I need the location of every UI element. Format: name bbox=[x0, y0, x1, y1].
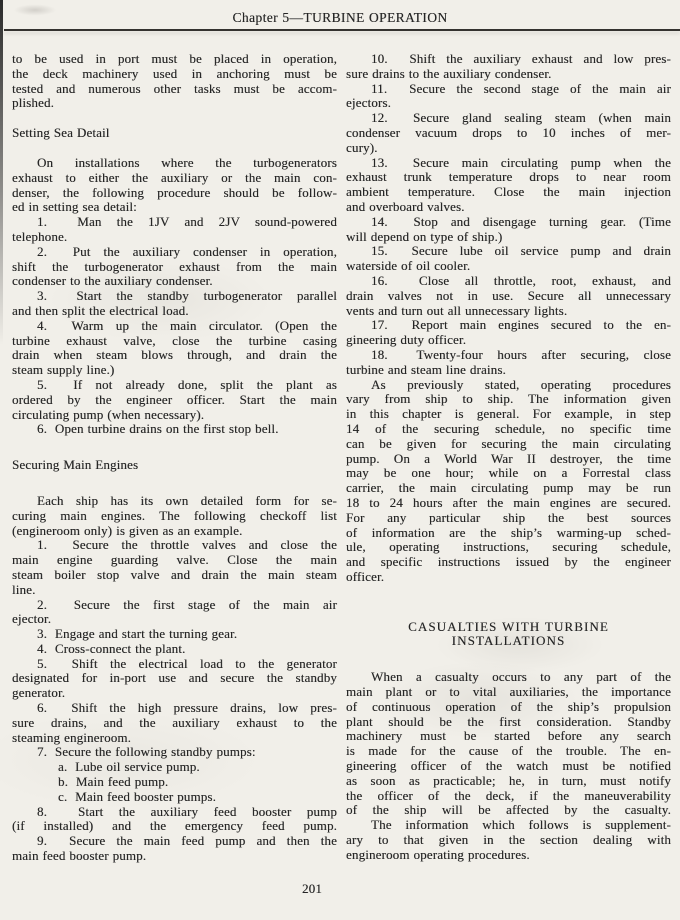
list-item: 4. Cross-connect the plant. bbox=[12, 642, 337, 657]
text-line: exhaust to either the auxiliary or the m… bbox=[12, 171, 337, 186]
text-line: b. Main feed pump. bbox=[12, 775, 337, 790]
text-line: tested and numerous other tasks must be … bbox=[12, 82, 337, 97]
text-line: Setting Sea Detail bbox=[12, 126, 337, 141]
text-line: For any particular ship the best sources bbox=[346, 511, 671, 526]
subsection-heading: Securing Main Engines bbox=[12, 458, 337, 473]
text-line: vents and turn out all unnecessary light… bbox=[346, 304, 671, 319]
list-item: 6. Open turbine drains on the first stop… bbox=[12, 422, 337, 437]
text-line: main engine guarding valve. Close the ma… bbox=[12, 553, 337, 568]
text-line: 12. Secure gland sealing steam (when mai… bbox=[346, 111, 671, 126]
text-line: 1. Man the 1JV and 2JV sound-powered bbox=[12, 215, 337, 230]
page-footer: 201 bbox=[0, 881, 624, 897]
text-line: 7. Secure the following standby pumps: bbox=[12, 745, 337, 760]
list-item: 4. Warm up the main circulator. (Open th… bbox=[12, 319, 337, 378]
subsection-heading: Setting Sea Detail bbox=[12, 126, 337, 141]
text-line: denser, the following procedure should b… bbox=[12, 186, 337, 201]
text-line: and overboard valves. bbox=[346, 200, 671, 215]
text-line: 14. Stop and disengage turning gear. (Ti… bbox=[346, 215, 671, 230]
text-line: As previously stated, operating procedur… bbox=[346, 378, 671, 393]
list-item: 14. Stop and disengage turning gear. (Ti… bbox=[346, 215, 671, 245]
text-line: a. Lube oil service pump. bbox=[12, 760, 337, 775]
text-line: 1. Secure the throttle valves and close … bbox=[12, 538, 337, 553]
text-line: Securing Main Engines bbox=[12, 458, 337, 473]
text-line: carrier, the main circulating pump may b… bbox=[346, 481, 671, 496]
text-line: will depend on type of ship.) bbox=[346, 230, 671, 245]
paragraph: to be used in port must be placed in ope… bbox=[12, 52, 337, 111]
text-line: steaming engineroom. bbox=[12, 731, 337, 746]
text-body: to be used in port must be placed in ope… bbox=[0, 52, 680, 864]
text-line: 8. Start the auxiliary feed booster pump bbox=[12, 805, 337, 820]
list-item: 1. Secure the throttle valves and close … bbox=[12, 538, 337, 597]
list-item: 2. Secure the first stage of the main ai… bbox=[12, 598, 337, 628]
text-line: exhaust trunk temperature drops to near … bbox=[346, 170, 671, 185]
text-line: of the ship will be affected by the casu… bbox=[346, 803, 671, 818]
text-line: shift the turbogenerator exhaust from th… bbox=[12, 260, 337, 275]
right-column: 10. Shift the auxiliary exhaust and low … bbox=[346, 52, 671, 864]
text-line: may be one hour; while on a Forrestal cl… bbox=[346, 466, 671, 481]
header-rule bbox=[4, 29, 680, 31]
text-line: When a casualty occurs to any part of th… bbox=[346, 670, 671, 685]
list-item: 1. Man the 1JV and 2JV sound-poweredtele… bbox=[12, 215, 337, 245]
list-item: b. Main feed pump. bbox=[12, 775, 337, 790]
list-item: 17. Report main engines secured to the e… bbox=[346, 318, 671, 348]
list-item: a. Lube oil service pump. bbox=[12, 760, 337, 775]
list-item: 7. Secure the following standby pumps: bbox=[12, 745, 337, 760]
list-item: 2. Put the auxiliary condenser in operat… bbox=[12, 245, 337, 289]
paragraph: The information which follows is supplem… bbox=[346, 818, 671, 862]
text-line: waterside of oil cooler. bbox=[346, 259, 671, 274]
text-line: as soon as practicable; he, in turn, mus… bbox=[346, 774, 671, 789]
text-line: 18. Twenty-four hours after securing, cl… bbox=[346, 348, 671, 363]
text-line: 14 of the securing schedule, no specific… bbox=[346, 422, 671, 437]
text-line: Each ship has its own detailed form for … bbox=[12, 494, 337, 509]
text-line: pump. On a World War II destroyer, the t… bbox=[346, 452, 671, 467]
text-line: drain valves not in use. Secure all unne… bbox=[346, 289, 671, 304]
text-line: 18 to 24 hours after the main engines ar… bbox=[346, 496, 671, 511]
text-line: c. Main feed booster pumps. bbox=[12, 790, 337, 805]
text-line: 15. Secure lube oil service pump and dra… bbox=[346, 244, 671, 259]
text-line: 6. Shift the high pressure drains, low p… bbox=[12, 701, 337, 716]
paragraph: Each ship has its own detailed form for … bbox=[12, 494, 337, 538]
text-line: ordered by the engineer officer. Start t… bbox=[12, 393, 337, 408]
chapter-header: Chapter 5—TURBINE OPERATION bbox=[0, 0, 680, 31]
text-line: turbine exhaust valve, close the turbine… bbox=[12, 334, 337, 349]
text-line: ejector. bbox=[12, 612, 337, 627]
text-line: engineroom operating procedures. bbox=[346, 848, 671, 863]
text-line: main feed booster pump. bbox=[12, 849, 337, 864]
text-line: machinery must be started before any sea… bbox=[346, 729, 671, 744]
paragraph: On installations where the turbogenerato… bbox=[12, 156, 337, 215]
text-line: line. bbox=[12, 583, 337, 598]
text-line: designated for in-port use and secure th… bbox=[12, 671, 337, 686]
text-line: 2. Secure the first stage of the main ai… bbox=[12, 598, 337, 613]
text-line: 10. Shift the auxiliary exhaust and low … bbox=[346, 52, 671, 67]
left-column: to be used in port must be placed in ope… bbox=[12, 52, 337, 864]
text-line: to be used in port must be placed in ope… bbox=[12, 52, 337, 67]
paragraph: As previously stated, operating procedur… bbox=[346, 378, 671, 585]
chapter-title: Chapter 5—TURBINE OPERATION bbox=[0, 10, 680, 26]
text-line: ejectors. bbox=[346, 96, 671, 111]
list-item: 9. Secure the main feed pump and then th… bbox=[12, 834, 337, 864]
list-item: 13. Secure main circulating pump when th… bbox=[346, 156, 671, 215]
text-line: officer. bbox=[346, 570, 671, 585]
text-line: The information which follows is supplem… bbox=[346, 818, 671, 833]
text-line: ule, operating instructions, securing sc… bbox=[346, 540, 671, 555]
text-line: 3. Engage and start the turning gear. bbox=[12, 627, 337, 642]
text-line: plished. bbox=[12, 96, 337, 111]
text-line: ed in setting sea detail: bbox=[12, 200, 337, 215]
text-line: curing main engines. The following check… bbox=[12, 509, 337, 524]
text-line: 13. Secure main circulating pump when th… bbox=[346, 156, 671, 171]
text-line: gineering officer of the watch must be n… bbox=[346, 759, 671, 774]
list-item: 18. Twenty-four hours after securing, cl… bbox=[346, 348, 671, 378]
text-line: steam boiler stop valve and drain the ma… bbox=[12, 568, 337, 583]
list-item: 6. Shift the high pressure drains, low p… bbox=[12, 701, 337, 745]
text-line: sure drains, and the auxiliary exhaust t… bbox=[12, 716, 337, 731]
text-line: turbine and steam line drains. bbox=[346, 363, 671, 378]
text-line: (if installed) and the emergency feed pu… bbox=[12, 819, 337, 834]
text-line: 5. Shift the electrical load to the gene… bbox=[12, 657, 337, 672]
text-line: is made for the cause of the trouble. Th… bbox=[346, 744, 671, 759]
text-line: and then split the electrical load. bbox=[12, 304, 337, 319]
text-line: the deck machinery used in anchoring mus… bbox=[12, 67, 337, 82]
list-item: 15. Secure lube oil service pump and dra… bbox=[346, 244, 671, 274]
text-line: 6. Open turbine drains on the first stop… bbox=[12, 422, 337, 437]
text-line: generator. bbox=[12, 686, 337, 701]
page-number: 201 bbox=[302, 881, 322, 896]
text-line: 4. Warm up the main circulator. (Open th… bbox=[12, 319, 337, 334]
text-line: plant should be the first consideration.… bbox=[346, 715, 671, 730]
list-item: 11. Secure the second stage of the main … bbox=[346, 82, 671, 112]
text-line: 2. Put the auxiliary condenser in operat… bbox=[12, 245, 337, 260]
text-line: 3. Start the standby turbogenerator para… bbox=[12, 289, 337, 304]
list-item: 3. Start the standby turbogenerator para… bbox=[12, 289, 337, 319]
text-line: telephone. bbox=[12, 230, 337, 245]
text-line: of continuous operation of the ship’s pr… bbox=[346, 700, 671, 715]
text-line: the officer of the deck, if the maneuver… bbox=[346, 789, 671, 804]
text-line: drain when steam blows through, and drai… bbox=[12, 348, 337, 363]
text-line: ambient temperature. Close the main inje… bbox=[346, 185, 671, 200]
text-line: (engineroom only) is given as an example… bbox=[12, 524, 337, 539]
text-line: vary from ship to ship. The information … bbox=[346, 392, 671, 407]
text-line: condenser to the auxiliary condenser. bbox=[12, 274, 337, 289]
list-item: c. Main feed booster pumps. bbox=[12, 790, 337, 805]
text-line: gineering duty officer. bbox=[346, 333, 671, 348]
text-line: main plant or to vital auxiliaries, the … bbox=[346, 685, 671, 700]
text-line: can be given for securing the main circu… bbox=[346, 437, 671, 452]
list-item: 3. Engage and start the turning gear. bbox=[12, 627, 337, 642]
text-line: steam supply line.) bbox=[12, 363, 337, 378]
text-line: CASUALTIES WITH TURBINE bbox=[346, 620, 671, 635]
text-line: 17. Report main engines secured to the e… bbox=[346, 318, 671, 333]
text-line: of information are the ship’s warming-up… bbox=[346, 526, 671, 541]
list-item: 12. Secure gland sealing steam (when mai… bbox=[346, 111, 671, 155]
text-line: cury). bbox=[346, 141, 671, 156]
list-item: 10. Shift the auxiliary exhaust and low … bbox=[346, 52, 671, 82]
text-line: condenser vacuum drops to 10 inches of m… bbox=[346, 126, 671, 141]
paragraph: When a casualty occurs to any part of th… bbox=[346, 670, 671, 818]
text-line: INSTALLATIONS bbox=[346, 634, 671, 649]
text-line: circulating pump (when necessary). bbox=[12, 408, 337, 423]
text-line: ary to that given in the section dealing… bbox=[346, 833, 671, 848]
list-item: 5. If not already done, split the plant … bbox=[12, 378, 337, 422]
list-item: 5. Shift the electrical load to the gene… bbox=[12, 657, 337, 701]
text-line: 4. Cross-connect the plant. bbox=[12, 642, 337, 657]
text-line: and specific instructions issued by the … bbox=[346, 555, 671, 570]
text-line: 5. If not already done, split the plant … bbox=[12, 378, 337, 393]
list-item: 16. Close all throttle, root, exhaust, a… bbox=[346, 274, 671, 318]
text-line: 16. Close all throttle, root, exhaust, a… bbox=[346, 274, 671, 289]
document-page: Chapter 5—TURBINE OPERATION to be used i… bbox=[0, 0, 680, 920]
list-item: 8. Start the auxiliary feed booster pump… bbox=[12, 805, 337, 835]
section-heading: CASUALTIES WITH TURBINEINSTALLATIONS bbox=[346, 620, 671, 650]
scan-edge-artifact bbox=[0, 0, 3, 345]
text-line: in this chapter is general. For example,… bbox=[346, 407, 671, 422]
text-line: 11. Secure the second stage of the main … bbox=[346, 82, 671, 97]
text-line: On installations where the turbogenerato… bbox=[12, 156, 337, 171]
text-line: sure drains to the auxiliary condenser. bbox=[346, 67, 671, 82]
text-line: 9. Secure the main feed pump and then th… bbox=[12, 834, 337, 849]
